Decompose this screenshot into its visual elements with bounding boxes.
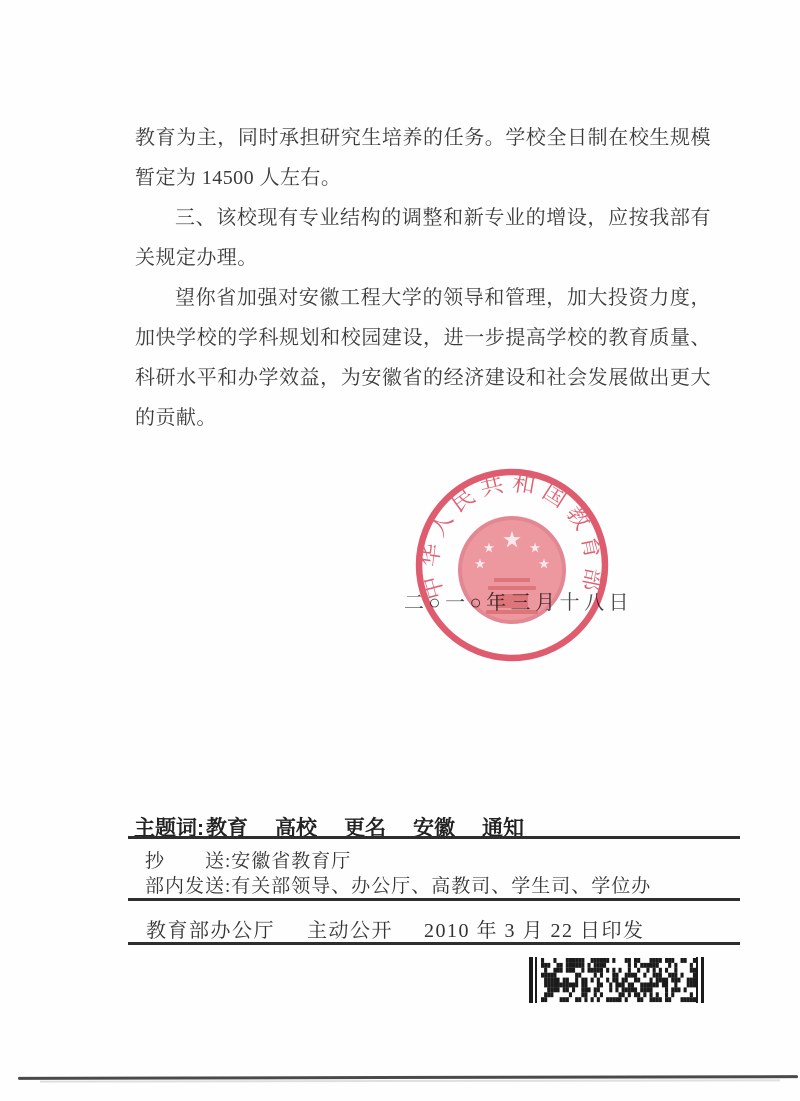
national-emblem-icon: [460, 518, 564, 622]
internal-label: 部内发送:: [145, 876, 231, 897]
barcode: [529, 956, 707, 1004]
official-seal: 中华人民共和国教育部: [400, 460, 625, 670]
print-date: 2010 年 3 月 22 日印发: [424, 914, 645, 943]
separator-rule: [128, 836, 740, 839]
body-paragraph: 教育为主，同时承担研究生培养的任务。学校全日制在校生规模暂定为 14500 人左…: [135, 118, 711, 198]
cc-value: 安徽省教育厅: [231, 851, 351, 872]
body-paragraph: 望你省加强对安徽工程大学的领导和管理，加大投资力度，加快学校的学科规划和校园建设…: [135, 278, 711, 438]
body-paragraph: 三、该校现有专业结构的调整和新专业的增设，应按我部有关规定办理。: [135, 198, 711, 278]
scanned-page: 教育为主，同时承担研究生培养的任务。学校全日制在校生规模暂定为 14500 人左…: [0, 0, 800, 1101]
internal-value: 有关部领导、办公厅、高教司、学生司、学位办: [231, 876, 651, 897]
document-body: 教育为主，同时承担研究生培养的任务。学校全日制在校生规模暂定为 14500 人左…: [135, 118, 711, 438]
cc-label: 抄 送:: [145, 851, 231, 872]
separator-rule: [128, 898, 740, 901]
distribution-block: 抄 送:安徽省教育厅 部内发送:有关部领导、办公厅、高教司、学生司、学位办: [145, 849, 735, 899]
issuing-office: 教育部办公厅: [146, 914, 275, 943]
imprint-row: 教育部办公厅 主动公开 2010 年 3 月 22 日印发: [0, 914, 800, 940]
page-edge-shadow: [40, 1079, 780, 1082]
disclosure-type: 主动公开: [307, 914, 393, 943]
separator-rule: [128, 942, 740, 945]
internal-row: 部内发送:有关部领导、办公厅、高教司、学生司、学位办: [145, 874, 735, 899]
cc-row: 抄 送:安徽省教育厅: [145, 849, 735, 874]
